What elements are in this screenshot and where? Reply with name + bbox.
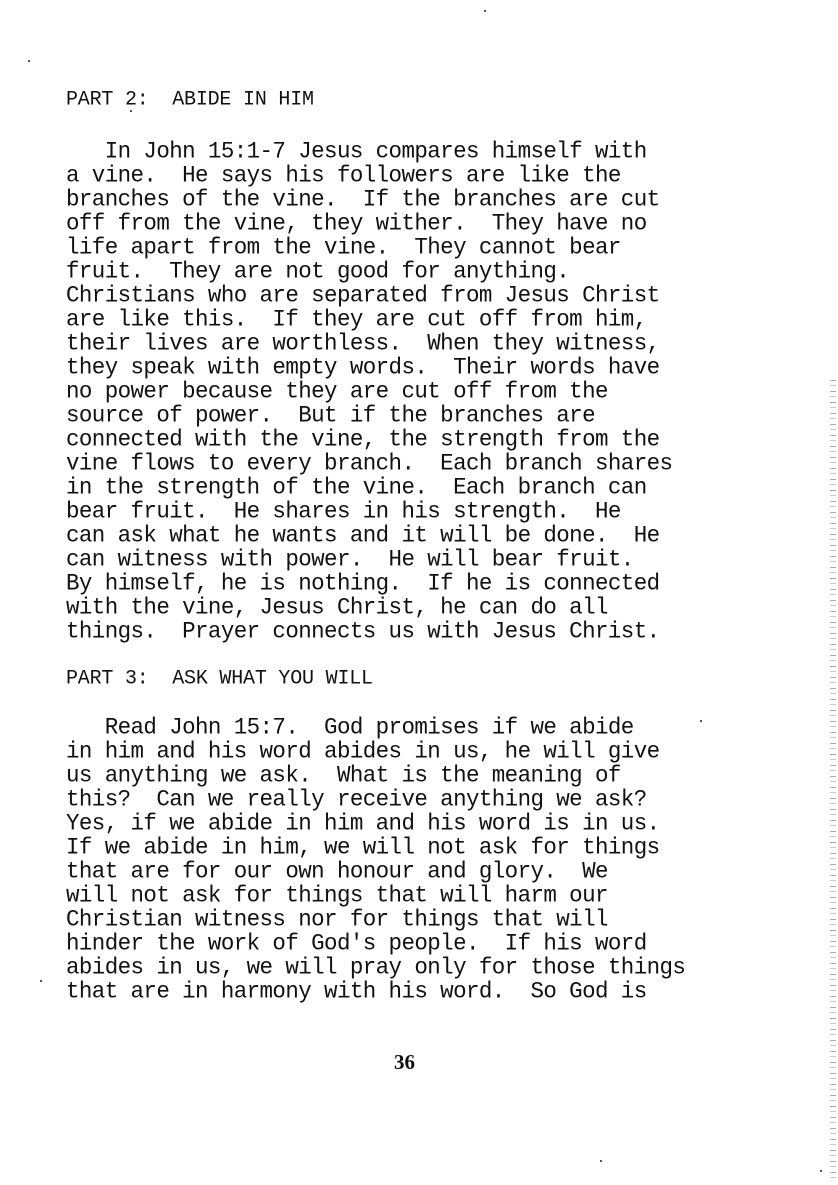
body-line: their lives are worthless. When they wit… xyxy=(66,331,660,355)
body-line: are like this. If they are cut off from … xyxy=(66,307,647,331)
body-line: no power because they are cut off from t… xyxy=(66,379,608,403)
page-number: 36 xyxy=(394,1050,415,1075)
body-line: fruit. They are not good for anything. xyxy=(66,259,569,283)
body-line: By himself, he is nothing. If he is conn… xyxy=(66,571,660,595)
body-line: things. Prayer connects us with Jesus Ch… xyxy=(66,619,660,643)
body-line: In John 15:1-7 Jesus compares himself wi… xyxy=(66,139,647,163)
body-line: can ask what he wants and it will be don… xyxy=(66,523,660,547)
section-heading-part-2: PART 2: ABIDE IN HIM xyxy=(66,88,314,112)
body-line: Christian witness nor for things that wi… xyxy=(66,907,608,931)
scan-speck xyxy=(28,60,30,62)
section-heading-part-3: PART 3: ASK WHAT YOU WILL xyxy=(66,667,373,691)
scanned-page: PART 2: ABIDE IN HIM In John 15:1-7 Jesu… xyxy=(0,0,838,1185)
body-line: Yes, if we abide in him and his word is … xyxy=(66,811,660,835)
body-line: will not ask for things that will harm o… xyxy=(66,883,608,907)
scan-speck xyxy=(600,1160,602,1162)
body-line: off from the vine, they wither. They hav… xyxy=(66,211,647,235)
body-line: life apart from the vine. They cannot be… xyxy=(66,235,621,259)
body-line: source of power. But if the branches are xyxy=(66,403,595,427)
scan-speck xyxy=(820,1170,822,1172)
body-line: with the vine, Jesus Christ, he can do a… xyxy=(66,595,608,619)
scan-speck xyxy=(484,10,486,12)
body-line: us anything we ask. What is the meaning … xyxy=(66,763,621,787)
body-line: vine flows to every branch. Each branch … xyxy=(66,451,672,475)
body-line: bear fruit. He shares in his strength. H… xyxy=(66,499,621,523)
body-line: hinder the work of God's people. If his … xyxy=(66,931,647,955)
body-line: Read John 15:7. God promises if we abide xyxy=(66,715,634,739)
body-line: in him and his word abides in us, he wil… xyxy=(66,739,660,763)
body-line: can witness with power. He will bear fru… xyxy=(66,547,634,571)
scan-speck xyxy=(40,980,42,982)
body-line: If we abide in him, we will not ask for … xyxy=(66,835,660,859)
scan-speck xyxy=(130,110,132,112)
body-line: this? Can we really receive anything we … xyxy=(66,787,647,811)
body-line: branches of the vine. If the branches ar… xyxy=(66,187,660,211)
body-line: they speak with empty words. Their words… xyxy=(66,355,660,379)
body-line: abides in us, we will pray only for thos… xyxy=(66,955,685,979)
body-line: Christians who are separated from Jesus … xyxy=(66,283,660,307)
body-line: connected with the vine, the strength fr… xyxy=(66,427,660,451)
body-line: that are for our own honour and glory. W… xyxy=(66,859,608,883)
body-line: that are in harmony with his word. So Go… xyxy=(66,979,647,1003)
body-line: in the strength of the vine. Each branch… xyxy=(66,475,647,499)
scan-speck xyxy=(700,720,702,722)
body-line: a vine. He says his followers are like t… xyxy=(66,163,621,187)
scan-edge-noise xyxy=(830,380,836,1180)
